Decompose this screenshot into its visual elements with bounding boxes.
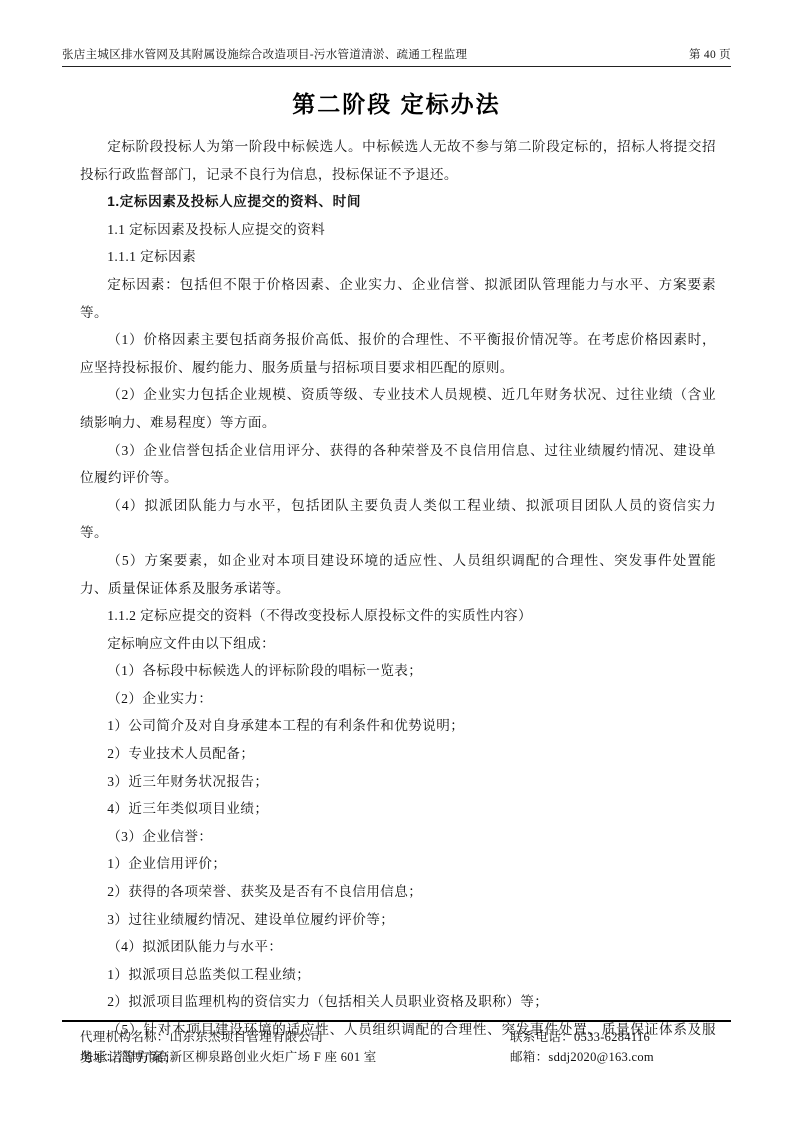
list-item: 4）近三年类似项目业绩；	[80, 795, 716, 823]
list-item: 3）过往业绩履约情况、建设单位履约评价等；	[80, 906, 716, 934]
list-item: （3）企业信誉：	[80, 823, 716, 851]
heading-section-1: 1.定标因素及投标人应提交的资料、时间	[80, 188, 716, 216]
header-page-number: 第 40 页	[689, 46, 731, 62]
paragraph: （5）方案要素，如企业对本项目建设环境的适应性、人员组织调配的合理性、突发事件处…	[80, 547, 716, 602]
footer-phone: 联系电话：0533-6284116	[510, 1027, 731, 1047]
header-project-title: 张店主城区排水管网及其附属设施综合改造项目-污水管道清淤、疏通工程监理	[62, 46, 467, 62]
heading-1-1: 1.1 定标因素及投标人应提交的资料	[80, 216, 716, 244]
footer-row: 地址：淄博市高新区柳泉路创业火炬广场 F 座 601 室 邮箱：sddj2020…	[62, 1047, 731, 1067]
page-footer: 代理机构名称：山东东杰项目管理有限公司 联系电话：0533-6284116 地址…	[62, 1020, 731, 1067]
list-item: 3）近三年财务状况报告；	[80, 768, 716, 796]
list-item: 1）拟派项目总监类似工程业绩；	[80, 961, 716, 989]
list-item: 1）企业信用评价；	[80, 850, 716, 878]
heading-1-1-1: 1.1.1 定标因素	[80, 243, 716, 271]
paragraph-intro: 定标阶段投标人为第一阶段中标候选人。中标候选人无故不参与第二阶段定标的，招标人将…	[80, 133, 716, 188]
list-item: （1）各标段中标候选人的评标阶段的唱标一览表；	[80, 657, 716, 685]
list-item: （4）拟派团队能力与水平：	[80, 933, 716, 961]
paragraph: （3）企业信誉包括企业信用评分、获得的各种荣誉及不良信用信息、过往业绩履约情况、…	[80, 437, 716, 492]
page-header: 张店主城区排水管网及其附属设施综合改造项目-污水管道清淤、疏通工程监理 第 40…	[62, 46, 731, 67]
footer-email: 邮箱：sddj2020@163.com	[510, 1047, 731, 1067]
list-item: 2）获得的各项荣誉、获奖及是否有不良信用信息；	[80, 878, 716, 906]
list-item: （2）企业实力：	[80, 685, 716, 713]
paragraph: （2）企业实力包括企业规模、资质等级、专业技术人员规模、近几年财务状况、过往业绩…	[80, 381, 716, 436]
list-item: 2）拟派项目监理机构的资信实力（包括相关人员职业资格及职称）等；	[80, 988, 716, 1016]
footer-address: 地址：淄博市高新区柳泉路创业火炬广场 F 座 601 室	[80, 1047, 510, 1067]
paragraph: （4）拟派团队能力与水平，包括团队主要负责人类似工程业绩、拟派项目团队人员的资信…	[80, 492, 716, 547]
page-title: 第二阶段 定标办法	[0, 86, 793, 119]
list-item: 1）公司简介及对自身承建本工程的有利条件和优势说明；	[80, 712, 716, 740]
paragraph: 定标因素：包括但不限于价格因素、企业实力、企业信誉、拟派团队管理能力与水平、方案…	[80, 271, 716, 326]
paragraph: 定标响应文件由以下组成：	[80, 630, 716, 658]
heading-1-1-2: 1.1.2 定标应提交的资料（不得改变投标人原投标文件的实质性内容）	[80, 602, 716, 630]
document-body: 定标阶段投标人为第一阶段中标候选人。中标候选人无故不参与第二阶段定标的，招标人将…	[80, 133, 716, 1071]
list-item: 2）专业技术人员配备；	[80, 740, 716, 768]
footer-agency-name: 代理机构名称：山东东杰项目管理有限公司	[80, 1027, 510, 1047]
paragraph: （1）价格因素主要包括商务报价高低、报价的合理性、不平衡报价情况等。在考虑价格因…	[80, 326, 716, 381]
footer-row: 代理机构名称：山东东杰项目管理有限公司 联系电话：0533-6284116	[62, 1027, 731, 1047]
